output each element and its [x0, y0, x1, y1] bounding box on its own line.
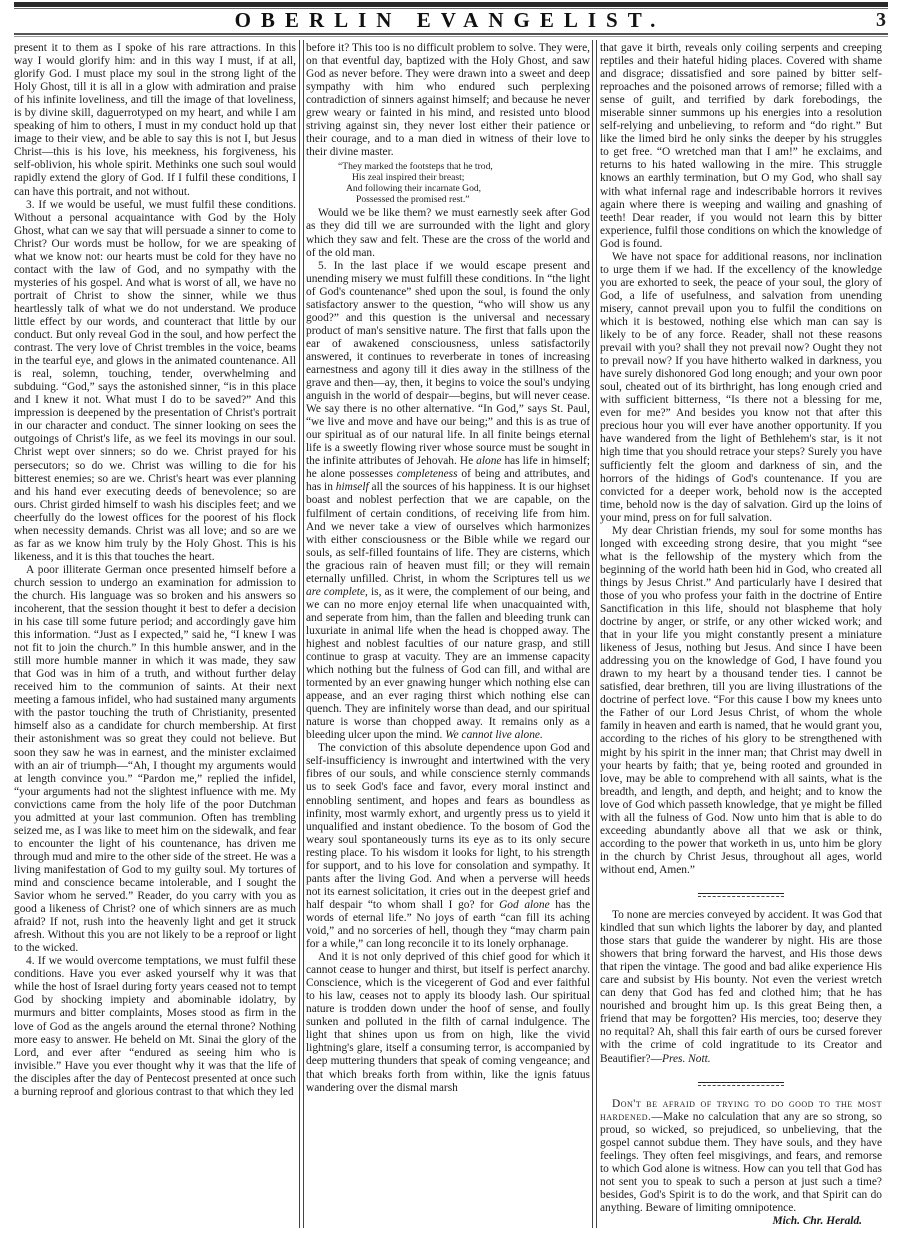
- article-paragraph: My dear Christian friends, my soul for s…: [600, 525, 882, 877]
- article-paragraph: that gave it birth, reveals only coiling…: [600, 42, 882, 251]
- emphasis: God alone: [499, 899, 550, 911]
- masthead-bottom-rule-thin: [14, 36, 888, 37]
- poem-line: “They marked the footsteps that he trod,: [306, 161, 590, 172]
- column-divider: [299, 40, 304, 1228]
- newspaper-title: OBERLIN EVANGELIST.: [235, 8, 666, 32]
- text-run: , is, as it were, the complement of our …: [306, 586, 590, 742]
- text-run: —Make no calculation that any are so str…: [600, 1111, 882, 1214]
- article-paragraph: A poor illiterate German once presented …: [14, 564, 296, 955]
- emphasis: alone: [476, 455, 501, 467]
- emphasis: We cannot live alone.: [445, 729, 543, 741]
- text-run: The conviction of this absolute dependen…: [306, 742, 590, 911]
- poem-line: His zeal inspired their breast;: [306, 172, 590, 183]
- masthead-bottom-rule: [14, 33, 888, 35]
- text-run: 5. In the last place if we would escape …: [306, 260, 590, 468]
- poem-line: Possessed the promised rest.”: [306, 194, 590, 205]
- attribution: Pres. Nott.: [662, 1053, 711, 1065]
- article-paragraph: Would we be like them? we must earnestly…: [306, 207, 590, 259]
- emphasis: completeness: [397, 468, 458, 480]
- article-paragraph: 5. In the last place if we would escape …: [306, 260, 590, 743]
- article-paragraph: And it is not only deprived of this chie…: [306, 951, 590, 1095]
- attribution: Mich. Chr. Herald.: [600, 1215, 882, 1228]
- column-3: that gave it birth, reveals only coiling…: [600, 42, 882, 1228]
- column-divider: [592, 40, 597, 1228]
- article-paragraph: 3. If we would be useful, we must fulfil…: [14, 199, 296, 564]
- section-separator: [698, 1082, 784, 1086]
- article-paragraph: present it to them as I spoke of his rar…: [14, 42, 296, 199]
- dont-be-afraid-paragraph: Don't be afraid of trying to do good to …: [600, 1098, 882, 1215]
- section-separator: [698, 893, 784, 897]
- article-paragraph: before it? This too is no difficult prob…: [306, 42, 590, 159]
- page-number: 3: [876, 9, 886, 31]
- masthead: OBERLIN EVANGELIST.: [0, 9, 900, 31]
- poem-line: And following their incarnate God,: [306, 183, 590, 194]
- column-1: present it to them as I spoke of his rar…: [14, 42, 296, 1099]
- text-run: To none are mercies conveyed by accident…: [600, 909, 882, 1065]
- poem-quote: “They marked the footsteps that he trod,…: [306, 161, 590, 205]
- article-paragraph: 4. If we would overcome temptations, we …: [14, 955, 296, 1099]
- text-run: all the sources of his happiness. It is …: [306, 481, 590, 584]
- article-paragraph: The conviction of this absolute dependen…: [306, 742, 590, 951]
- article-paragraph: We have not space for additional reasons…: [600, 251, 882, 525]
- emphasis: himself: [336, 481, 369, 493]
- column-2: before it? This too is no difficult prob…: [306, 42, 590, 1095]
- mercies-paragraph: To none are mercies conveyed by accident…: [600, 909, 882, 1066]
- masthead-top-rule: [14, 2, 888, 7]
